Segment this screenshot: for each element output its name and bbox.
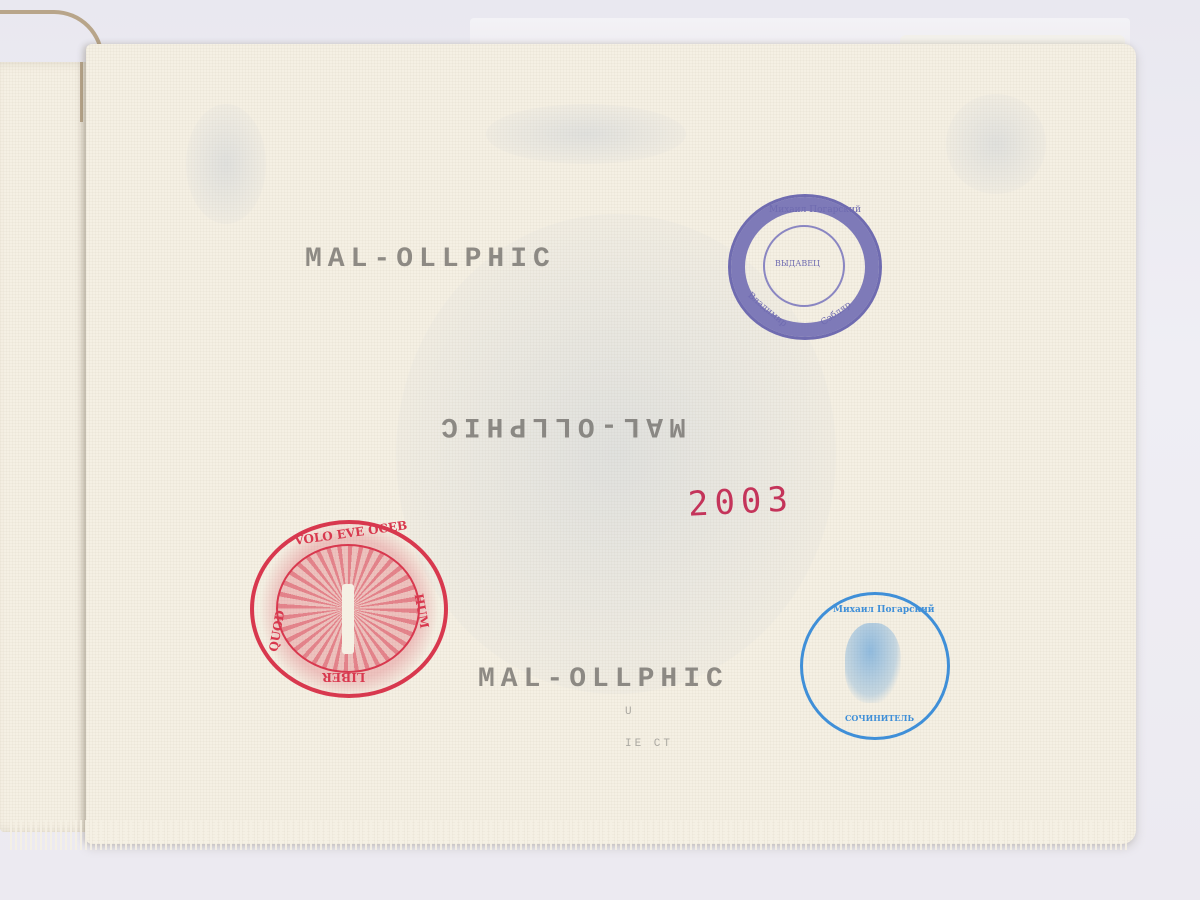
red-seal-bottom-text: LIBER [322, 670, 365, 684]
blue-seal-top-text: Михаил Погарский [833, 605, 934, 615]
right-page [86, 44, 1136, 844]
purple-seal-bottom-right-text: Сэбляр [819, 300, 853, 328]
left-page [0, 62, 90, 832]
ghost-print-right [946, 94, 1046, 194]
frayed-edge [10, 820, 1130, 850]
red-seal: QUOD VOLO EVE OCEB HUM LIBER [250, 520, 448, 698]
blue-portrait-seal: Михаил Погарский СОЧИНИТЕЛЬ [800, 592, 950, 740]
stamp-text-mirrored: MAL-OLLPHIC [435, 410, 686, 441]
red-seal-tree-trunk [342, 584, 354, 654]
faint-line-1: U [625, 706, 635, 718]
portrait-icon [845, 623, 901, 703]
binding-string-tail [80, 62, 83, 122]
faint-line-2: IE CT [625, 738, 673, 750]
ghost-print-left [186, 104, 266, 224]
year-stamp: 2003 [687, 479, 795, 524]
blue-seal-bottom-text: СОЧИНИТЕЛЬ [845, 713, 914, 723]
purple-seal-top-text: Михаил Погарский [769, 205, 861, 215]
ghost-print-top [486, 104, 686, 164]
purple-seal-center-text: ВЫДАВЕЦ [775, 259, 820, 268]
stamp-text-top: MAL-OLLPHIC [305, 244, 556, 275]
stamp-text-bottom: MAL-OLLPHIC [478, 664, 729, 695]
purple-seal: Михаил Погарский ВЫДАВЕЦ Владимир Сэбляр [728, 194, 882, 340]
